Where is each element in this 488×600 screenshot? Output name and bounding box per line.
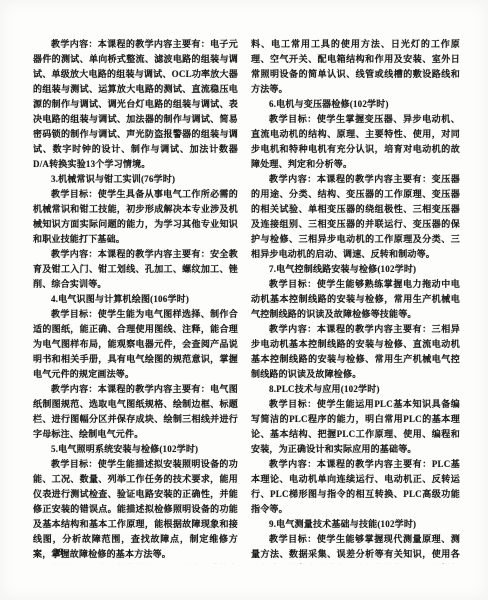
paragraph: 教学目标：使学生能描述拟安装照明设备的功能、工况、数量、列举工作任务的技术要求，… bbox=[33, 457, 238, 562]
paragraph: 教学内容：本课程的教学内容主要有：维修电工的职业特征、识别导线、开关、灯等电工材 bbox=[33, 562, 238, 564]
section-heading: 6.电机与变压器检修(102学时) bbox=[251, 97, 460, 112]
paragraph: 教学内容：本课程的教学内容主要有：电气图纸制图规范、选取电气图纸规格、绘制边框、… bbox=[33, 382, 238, 442]
paragraph: 教学目标：使学生具备从事电气工作所必需的机械常识和钳工技能，初步形成解决本专业涉… bbox=[33, 187, 238, 247]
section-heading: 3.机械常识与钳工实训(76学时) bbox=[33, 172, 238, 187]
paragraph: 教学内容：本课程的教学内容主要有：安全教育及钳工入门、钳工划线、孔加工、螺纹加工… bbox=[33, 247, 238, 292]
right-column: 料、电工常用工具的使用方法、日光灯的工作原理、空气开关、配电箱结构和作用及安装、… bbox=[251, 37, 460, 564]
paragraph: 教学目标：使学生掌握变压器、异步电动机、直流电动机的结构、原理、主要特性、使用，… bbox=[251, 112, 460, 172]
section-heading: 4.电气识图与计算机绘图(106学时) bbox=[33, 292, 238, 307]
text-columns: 教学内容：本课程的教学内容主要有：电子元器件的测试、单向桥式整流、滤波电路的组装… bbox=[0, 0, 488, 564]
page-number: 38 bbox=[53, 548, 63, 558]
section-heading: 5.电气照明系统安装与检修(102学时) bbox=[33, 442, 238, 457]
paragraph: 教学目标：使学生能够熟练掌握电力拖动中电动机基本控制线路的安装与检修，常用生产机… bbox=[251, 277, 460, 322]
paragraph: 教学内容：本课程的教学内容主要有：三相异步电动机基本控制线路的安装与检修、直流电… bbox=[251, 322, 460, 382]
paragraph: 教学内容：本课程的教学内容主要有：PLC基本理论、电动机单向连续运行、电动机正、… bbox=[251, 457, 460, 517]
paragraph: 教学目标：使学生能运用PLC基本知识具备编写简洁的PLC程序的能力，明白常用PL… bbox=[251, 397, 460, 457]
paragraph: 教学目标：使学生能够掌握现代测量原理、测量方法、数据采集、误差分析等有关知识，使… bbox=[251, 532, 460, 564]
paragraph: 教学内容：本课程的教学内容主要有：变压器的用途、分类、结构、变压器的工作原理、变… bbox=[251, 172, 460, 262]
section-heading: 7.电气控制线路安装与检修(102学时) bbox=[251, 262, 460, 277]
section-heading: 9.电气测量技术基础与技能(102学时) bbox=[251, 517, 460, 532]
section-heading: 8.PLC技术与应用(102学时) bbox=[251, 382, 460, 397]
paragraph: 料、电工常用工具的使用方法、日光灯的工作原理、空气开关、配电箱结构和作用及安装、… bbox=[251, 37, 460, 97]
paragraph: 教学内容：本课程的教学内容主要有：电子元器件的测试、单向桥式整流、滤波电路的组装… bbox=[33, 37, 238, 172]
left-column: 教学内容：本课程的教学内容主要有：电子元器件的测试、单向桥式整流、滤波电路的组装… bbox=[33, 37, 238, 564]
paragraph: 教学目标：使学生能为电气图样选择、制作合适的图纸，能正确、合理使用图线、注释，能… bbox=[33, 307, 238, 382]
scanned-document-page: 教学内容：本课程的教学内容主要有：电子元器件的测试、单向桥式整流、滤波电路的组装… bbox=[0, 0, 488, 600]
